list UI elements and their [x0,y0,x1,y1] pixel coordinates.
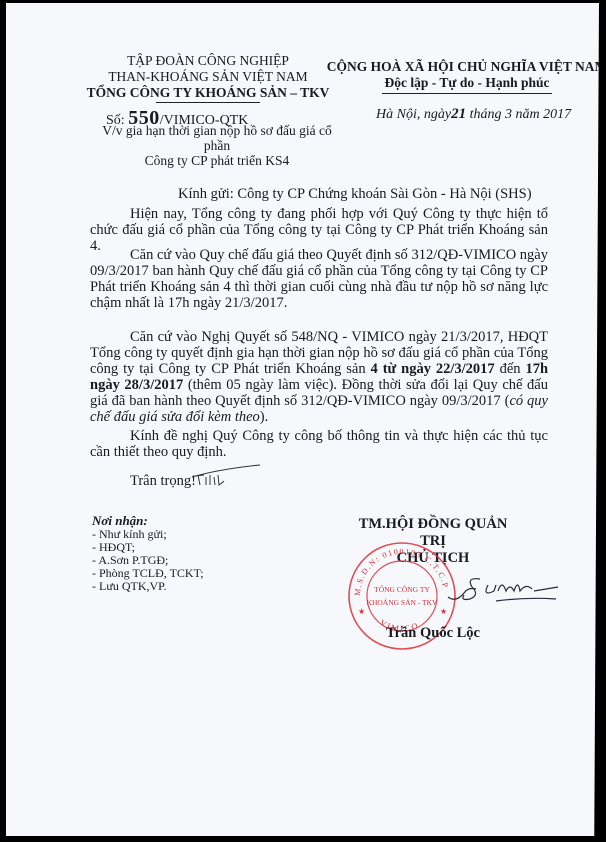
p3-text-c: đến [495,361,526,377]
handwritten-initials-icon [190,463,270,487]
date-suffix: tháng 3 năm 2017 [466,107,571,122]
date-day: 21 [451,106,466,122]
cc-item: - Lưu QTK,VP. [92,580,204,593]
p3-text-g: ). [260,409,268,425]
header-divider [156,102,260,103]
paragraph-3: Căn cứ vào Nghị Quyết số 548/NQ - VIMICO… [90,329,548,425]
svg-text:KHOÁNG SẢN - TKV: KHOÁNG SẢN - TKV [367,597,438,607]
paragraph-4-text: Kính đề nghị Quý Công ty công bố thông t… [90,428,548,460]
date-line: Hà Nội, ngày21 tháng 3 năm 2017 [376,106,571,123]
svg-text:★: ★ [358,607,365,616]
company-name: TỔNG CÔNG TY KHOÁNG SẢN – TKV [78,85,338,101]
handwritten-signature-icon [446,569,566,609]
paragraph-4: Kính đề nghị Quý Công ty công bố thông t… [90,428,548,460]
date-prefix: Hà Nội, ngày [376,107,451,122]
subject-line2: Công ty CP phát triển KS4 [92,153,342,168]
group-name-line1: TẬP ĐOÀN CÔNG NGHIỆP [78,53,338,69]
issuer-header: TẬP ĐOÀN CÔNG NGHIỆP THAN-KHOÁNG SẢN VIỆ… [78,53,338,103]
group-name-line2: THAN-KHOÁNG SẢN VIỆT NAM [78,69,338,85]
closing-regards: Trân trọng! [130,473,196,490]
signatory-name: Trần Quốc Lộc [386,625,480,642]
subject-line1: V/v gia hạn thời gian nộp hồ sơ đấu giá … [92,123,342,153]
national-motto: Độc lập - Tự do - Hạnh phúc [326,75,606,91]
paragraph-3-text: Căn cứ vào Nghị Quyết số 548/NQ - VIMICO… [90,329,548,425]
paragraph-2: Căn cứ vào Quy chế đấu giá theo Quyết đị… [90,247,548,311]
cc-list: - Như kính gửi; - HĐQT; - A.Sơn P.TGĐ; -… [92,528,204,593]
scanned-letter-page: TẬP ĐOÀN CÔNG NGHIỆP THAN-KHOÁNG SẢN VIỆ… [6,3,599,836]
p3-bold-from-date: 4 từ ngày 22/3/2017 [371,361,495,377]
paragraph-2-text: Căn cứ vào Quy chế đấu giá theo Quyết đị… [90,247,548,311]
subject: V/v gia hạn thời gian nộp hồ sơ đấu giá … [92,123,342,168]
recipient-line: Kính gửi: Công ty CP Chứng khoán Sài Gòn… [178,186,532,203]
motto-divider [382,93,552,94]
nation-name: CỘNG HOÀ XÃ HỘI CHỦ NGHĨA VIỆT NAM [326,59,606,75]
national-header: CỘNG HOÀ XÃ HỘI CHỦ NGHĨA VIỆT NAM Độc l… [326,59,606,94]
svg-text:TỔNG CÔNG TY: TỔNG CÔNG TY [374,584,430,594]
